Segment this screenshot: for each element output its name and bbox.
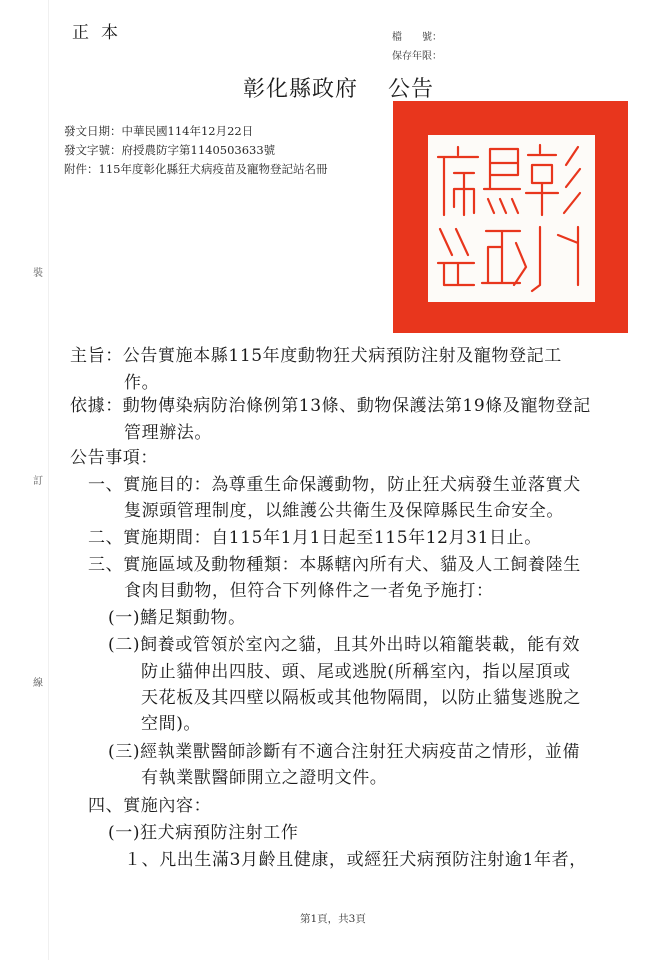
item-3-sub-2-line-3: 天花板及其四壁以隔板或其他物隔間，以防止貓隻逃脫之 — [141, 683, 581, 708]
document-type: 公告 — [388, 77, 434, 102]
seal-inner-field — [428, 135, 595, 302]
binding-mark-line: 線 — [33, 674, 43, 689]
issuing-organization: 彰化縣政府 — [243, 77, 358, 102]
official-seal — [393, 101, 628, 333]
item-3-sub-2-line-4: 空間)。 — [141, 709, 201, 734]
item-3-sub-3-line-2: 有執業獸醫師開立之證明文件。 — [141, 763, 387, 788]
retention-period-label: 保存年限： — [392, 47, 442, 62]
basis-line-1: 依據：動物傳染病防治條例第13條、動物保護法第19條及寵物登記 — [70, 391, 591, 416]
item-4: 四、實施內容： — [88, 791, 211, 816]
item-4-sub-1-point-1: １、凡出生滿3月齡且健康，或經狂犬病預防注射逾1年者， — [124, 845, 587, 870]
binding-mark-bind: 裝 — [33, 264, 43, 279]
item-3-line-2: 食肉目動物，但符合下列條件之一者免予施打： — [124, 576, 494, 601]
item-2: 二、實施期間：自115年1月1日起至115年12月31日止。 — [88, 523, 542, 548]
subject-line-1: 主旨：公告實施本縣115年度動物狂犬病預防注射及寵物登記工 — [70, 341, 562, 366]
copy-mark: 正本 — [72, 18, 130, 43]
item-3-sub-2-line-2: 防止貓伸出四肢、頭、尾或逃脫(所稱室內，指以屋頂或 — [141, 657, 571, 682]
item-1-line-2: 隻源頭管理制度，以維護公共衛生及保障縣民生命安全。 — [124, 496, 564, 521]
seal-script-icon — [428, 135, 595, 302]
attachment-line: 附件：115年度彰化縣狂犬病疫苗及寵物登記站名冊 — [64, 161, 327, 177]
item-3-sub-3-line-1: (三)經執業獸醫師診斷有不適合注射狂犬病疫苗之情形，並備 — [108, 737, 580, 762]
page-number: 第1頁，共3頁 — [300, 911, 366, 926]
subject-line-2: 作。 — [124, 368, 159, 393]
binding-mark-staple: 訂 — [33, 472, 43, 487]
announcement-items-heading: 公告事項： — [70, 443, 158, 468]
item-3-sub-1: (一)鰭足類動物。 — [108, 603, 246, 628]
binding-margin-line — [48, 0, 49, 960]
item-4-sub-1: (一)狂犬病預防注射工作 — [108, 818, 298, 843]
page-title: 彰化縣政府公告 — [243, 72, 434, 103]
basis-line-2: 管理辦法。 — [124, 418, 212, 443]
item-1-line-1: 一、實施目的：為尊重生命保護動物，防止狂犬病發生並落實犬 — [88, 470, 581, 495]
item-3-line-1: 三、實施區域及動物種類：本縣轄內所有犬、貓及人工飼養陸生 — [88, 550, 581, 575]
issue-date: 發文日期：中華民國114年12月22日 — [64, 123, 253, 139]
issue-number: 發文字號：府授農防字第1140503633號 — [64, 142, 275, 158]
file-number-label: 檔 號： — [392, 28, 442, 43]
item-3-sub-2-line-1: (二)飼養或管領於室內之貓，且其外出時以箱籠裝載，能有效 — [108, 630, 580, 655]
